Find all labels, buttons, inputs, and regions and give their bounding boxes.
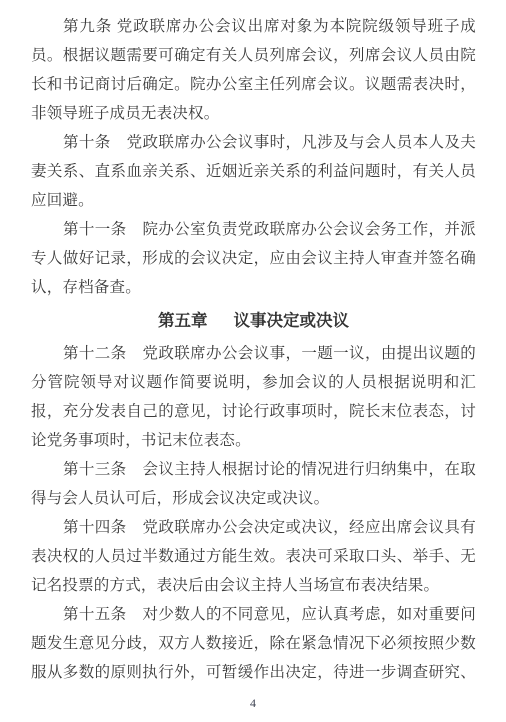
text-line: 第十三条 会议主持人根据讨论的情况进行归纳集中，在取: [31, 455, 476, 484]
document-body: 第九条 党政联席办公会议出席对象为本院院级领导班子成员。根据议题需要可确定有关人…: [31, 12, 476, 687]
text-line: 应回避。: [31, 186, 476, 215]
text-line: 第十条 党政联席办公会议事时，凡涉及与会人员本人及夫: [31, 128, 476, 157]
chapter-title: 议事决定或决议: [234, 307, 350, 336]
text-line: 非领导班子成员无表决权。: [31, 99, 476, 128]
document-page: 第九条 党政联席办公会议出席对象为本院院级领导班子成员。根据议题需要可确定有关人…: [0, 0, 506, 722]
text-line: 第九条 党政联席办公会议出席对象为本院院级领导班子成: [31, 12, 476, 41]
text-line: 认，存档备查。: [31, 273, 476, 302]
text-line: 记名投票的方式，表决后由会议主持人当场宣布表决结果。: [31, 571, 476, 600]
text-line: 服从多数的原则执行外，可暂缓作出决定，待进一步调查研究、: [31, 658, 476, 687]
text-line: 长和书记商讨后确定。院办公室主任列席会议。议题需表决时，: [31, 70, 476, 99]
text-line: 第十五条 对少数人的不同意见，应认真考虑，如对重要问: [31, 600, 476, 629]
text-line: 员。根据议题需要可确定有关人员列席会议，列席会议人员由院: [31, 41, 476, 70]
text-line: 题发生意见分歧，双方人数接近，除在紧急情况下必须按照少数: [31, 629, 476, 658]
text-line: 表决权的人员过半数通过方能生效。表决可采取口头、举手、无: [31, 542, 476, 571]
text-line: 妻关系、直系血亲关系、近姻近亲关系的利益问题时，有关人员: [31, 157, 476, 186]
chapter-heading: 第五章议事决定或决议: [31, 307, 476, 336]
text-line: 得与会人员认可后，形成会议决定或决议。: [31, 484, 476, 513]
page-number: 4: [250, 696, 256, 710]
chapter-number: 第五章: [158, 307, 208, 336]
text-line: 第十一条 院办公室负责党政联席办公会议会务工作，并派: [31, 215, 476, 244]
text-line: 第十四条 党政联席办公会决定或决议，经应出席会议具有: [31, 513, 476, 542]
page-footer: 4: [0, 696, 506, 710]
text-line: 专人做好记录，形成的会议决定，应由会议主持人审查并签名确: [31, 244, 476, 273]
text-line: 论党务事项时，书记末位表态。: [31, 426, 476, 455]
text-line: 报，充分发表自己的意见，讨论行政事项时，院长末位表态，讨: [31, 397, 476, 426]
text-line: 分管院领导对议题作简要说明，参加会议的人员根据说明和汇: [31, 368, 476, 397]
text-line: 第十二条 党政联席办公会议事，一题一议，由提出议题的: [31, 339, 476, 368]
